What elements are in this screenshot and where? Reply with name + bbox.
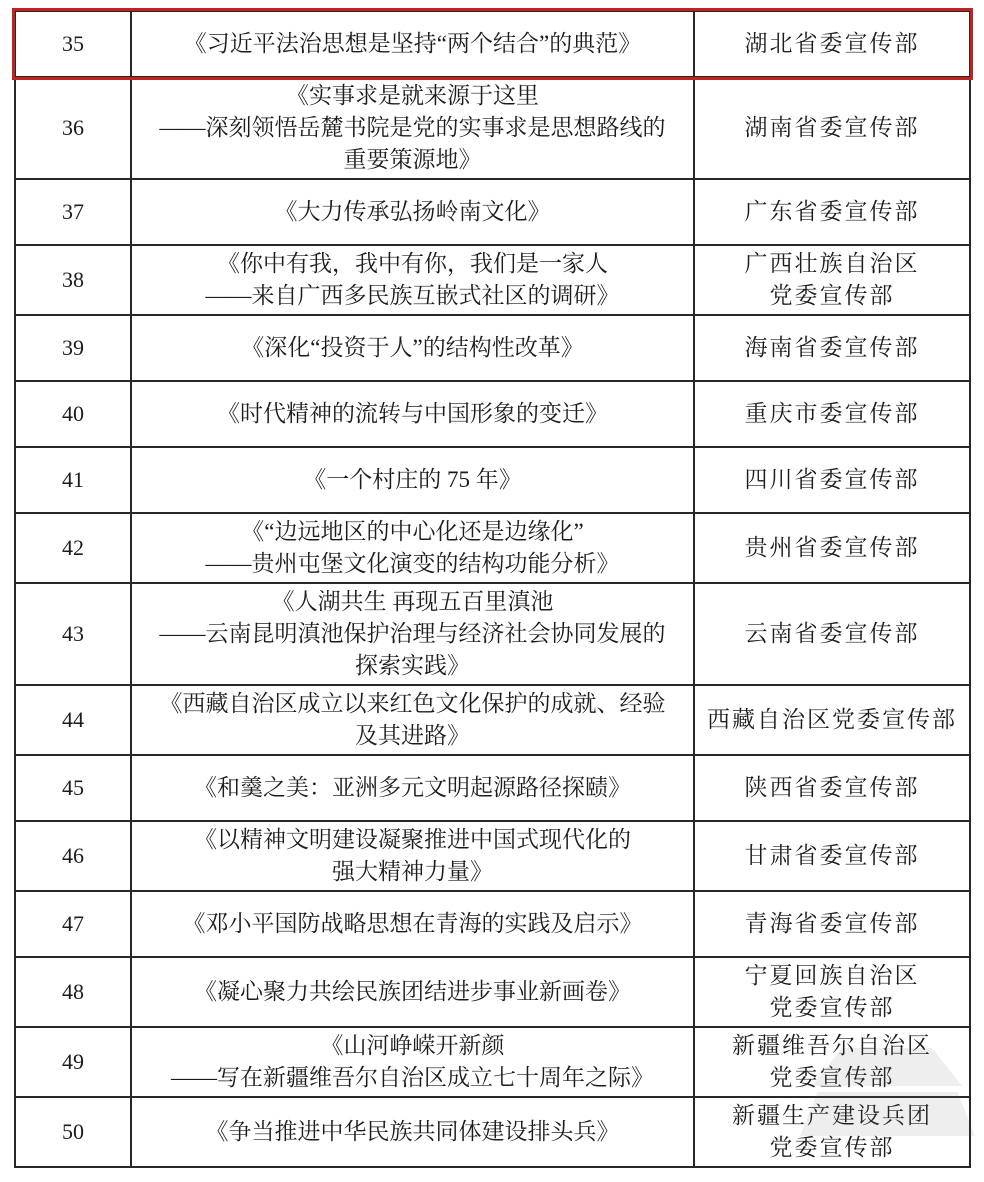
table-row: 39 《深化“投资于人”的结构性改革》 海南省委宣传部 bbox=[16, 314, 969, 380]
organization-cell: 广东省委宣传部 bbox=[695, 180, 969, 244]
row-number-cell: 49 bbox=[16, 1028, 130, 1096]
article-title-cell: 《和羹之美：亚洲多元文明起源路径探赜》 bbox=[130, 756, 695, 820]
article-title-cell: 《西藏自治区成立以来红色文化保护的成就、经验 及其进路》 bbox=[130, 686, 695, 754]
article-title-cell: 《邓小平国防战略思想在青海的实践及启示》 bbox=[130, 892, 695, 956]
row-number-cell: 35 bbox=[16, 12, 130, 76]
table-row: 36 《实事求是就来源于这里 ——深刻领悟岳麓书院是党的实事求是思想路线的 重要… bbox=[16, 76, 969, 178]
row-number-cell: 37 bbox=[16, 180, 130, 244]
article-title-cell: 《实事求是就来源于这里 ——深刻领悟岳麓书院是党的实事求是思想路线的 重要策源地… bbox=[130, 78, 695, 178]
row-number-cell: 46 bbox=[16, 822, 130, 890]
row-number-cell: 50 bbox=[16, 1098, 130, 1166]
award-list-table: 35 《习近平法治思想是坚持“两个结合”的典范》 湖北省委宣传部 36 《实事求… bbox=[14, 10, 971, 1168]
article-title-cell: 《凝心聚力共绘民族团结进步事业新画卷》 bbox=[130, 958, 695, 1026]
organization-cell: 贵州省委宣传部 bbox=[695, 514, 969, 582]
organization-cell: 湖南省委宣传部 bbox=[695, 78, 969, 178]
article-title-cell: 《一个村庄的 75 年》 bbox=[130, 448, 695, 512]
organization-cell: 青海省委宣传部 bbox=[695, 892, 969, 956]
row-number-cell: 38 bbox=[16, 246, 130, 314]
organization-cell: 重庆市委宣传部 bbox=[695, 382, 969, 446]
organization-cell: 新疆生产建设兵团 党委宣传部 bbox=[695, 1098, 969, 1166]
row-number-cell: 40 bbox=[16, 382, 130, 446]
table-row: 41 《一个村庄的 75 年》 四川省委宣传部 bbox=[16, 446, 969, 512]
article-title-cell: 《习近平法治思想是坚持“两个结合”的典范》 bbox=[130, 12, 695, 76]
row-number-cell: 36 bbox=[16, 78, 130, 178]
table-row: 50 《争当推进中华民族共同体建设排头兵》 新疆生产建设兵团 党委宣传部 bbox=[16, 1096, 969, 1166]
table-row: 35 《习近平法治思想是坚持“两个结合”的典范》 湖北省委宣传部 bbox=[16, 12, 969, 76]
row-number-cell: 39 bbox=[16, 316, 130, 380]
organization-cell: 宁夏回族自治区 党委宣传部 bbox=[695, 958, 969, 1026]
article-title-cell: 《时代精神的流转与中国形象的变迁》 bbox=[130, 382, 695, 446]
table-row: 47 《邓小平国防战略思想在青海的实践及启示》 青海省委宣传部 bbox=[16, 890, 969, 956]
row-number-cell: 45 bbox=[16, 756, 130, 820]
table-row: 42 《“边远地区的中心化还是边缘化” ——贵州屯堡文化演变的结构功能分析》 贵… bbox=[16, 512, 969, 582]
table-row: 40 《时代精神的流转与中国形象的变迁》 重庆市委宣传部 bbox=[16, 380, 969, 446]
article-title-cell: 《山河峥嵘开新颜 ——写在新疆维吾尔自治区成立七十周年之际》 bbox=[130, 1028, 695, 1096]
article-title-cell: 《以精神文明建设凝聚推进中国式现代化的 强大精神力量》 bbox=[130, 822, 695, 890]
table-row: 48 《凝心聚力共绘民族团结进步事业新画卷》 宁夏回族自治区 党委宣传部 bbox=[16, 956, 969, 1026]
article-title-cell: 《“边远地区的中心化还是边缘化” ——贵州屯堡文化演变的结构功能分析》 bbox=[130, 514, 695, 582]
table-row: 44 《西藏自治区成立以来红色文化保护的成就、经验 及其进路》 西藏自治区党委宣… bbox=[16, 684, 969, 754]
organization-cell: 四川省委宣传部 bbox=[695, 448, 969, 512]
organization-cell: 海南省委宣传部 bbox=[695, 316, 969, 380]
organization-cell: 新疆维吾尔自治区 党委宣传部 bbox=[695, 1028, 969, 1096]
organization-cell: 陕西省委宣传部 bbox=[695, 756, 969, 820]
organization-cell: 广西壮族自治区 党委宣传部 bbox=[695, 246, 969, 314]
row-number-cell: 42 bbox=[16, 514, 130, 582]
table-row: 38 《你中有我，我中有你，我们是一家人 ——来自广西多民族互嵌式社区的调研》 … bbox=[16, 244, 969, 314]
article-title-cell: 《深化“投资于人”的结构性改革》 bbox=[130, 316, 695, 380]
row-number-cell: 41 bbox=[16, 448, 130, 512]
organization-cell: 云南省委宣传部 bbox=[695, 584, 969, 684]
article-title-cell: 《争当推进中华民族共同体建设排头兵》 bbox=[130, 1098, 695, 1166]
row-number-cell: 48 bbox=[16, 958, 130, 1026]
row-number-cell: 47 bbox=[16, 892, 130, 956]
table-row: 46 《以精神文明建设凝聚推进中国式现代化的 强大精神力量》 甘肃省委宣传部 bbox=[16, 820, 969, 890]
article-title-cell: 《你中有我，我中有你，我们是一家人 ——来自广西多民族互嵌式社区的调研》 bbox=[130, 246, 695, 314]
table-row: 43 《人湖共生 再现五百里滇池 ——云南昆明滇池保护治理与经济社会协同发展的 … bbox=[16, 582, 969, 684]
article-title-cell: 《大力传承弘扬岭南文化》 bbox=[130, 180, 695, 244]
article-title-cell: 《人湖共生 再现五百里滇池 ——云南昆明滇池保护治理与经济社会协同发展的 探索实… bbox=[130, 584, 695, 684]
table-row: 49 《山河峥嵘开新颜 ——写在新疆维吾尔自治区成立七十周年之际》 新疆维吾尔自… bbox=[16, 1026, 969, 1096]
table-row: 45 《和羹之美：亚洲多元文明起源路径探赜》 陕西省委宣传部 bbox=[16, 754, 969, 820]
row-number-cell: 43 bbox=[16, 584, 130, 684]
row-number-cell: 44 bbox=[16, 686, 130, 754]
organization-cell: 湖北省委宣传部 bbox=[695, 12, 969, 76]
organization-cell: 甘肃省委宣传部 bbox=[695, 822, 969, 890]
organization-cell: 西藏自治区党委宣传部 bbox=[695, 686, 969, 754]
table-row: 37 《大力传承弘扬岭南文化》 广东省委宣传部 bbox=[16, 178, 969, 244]
